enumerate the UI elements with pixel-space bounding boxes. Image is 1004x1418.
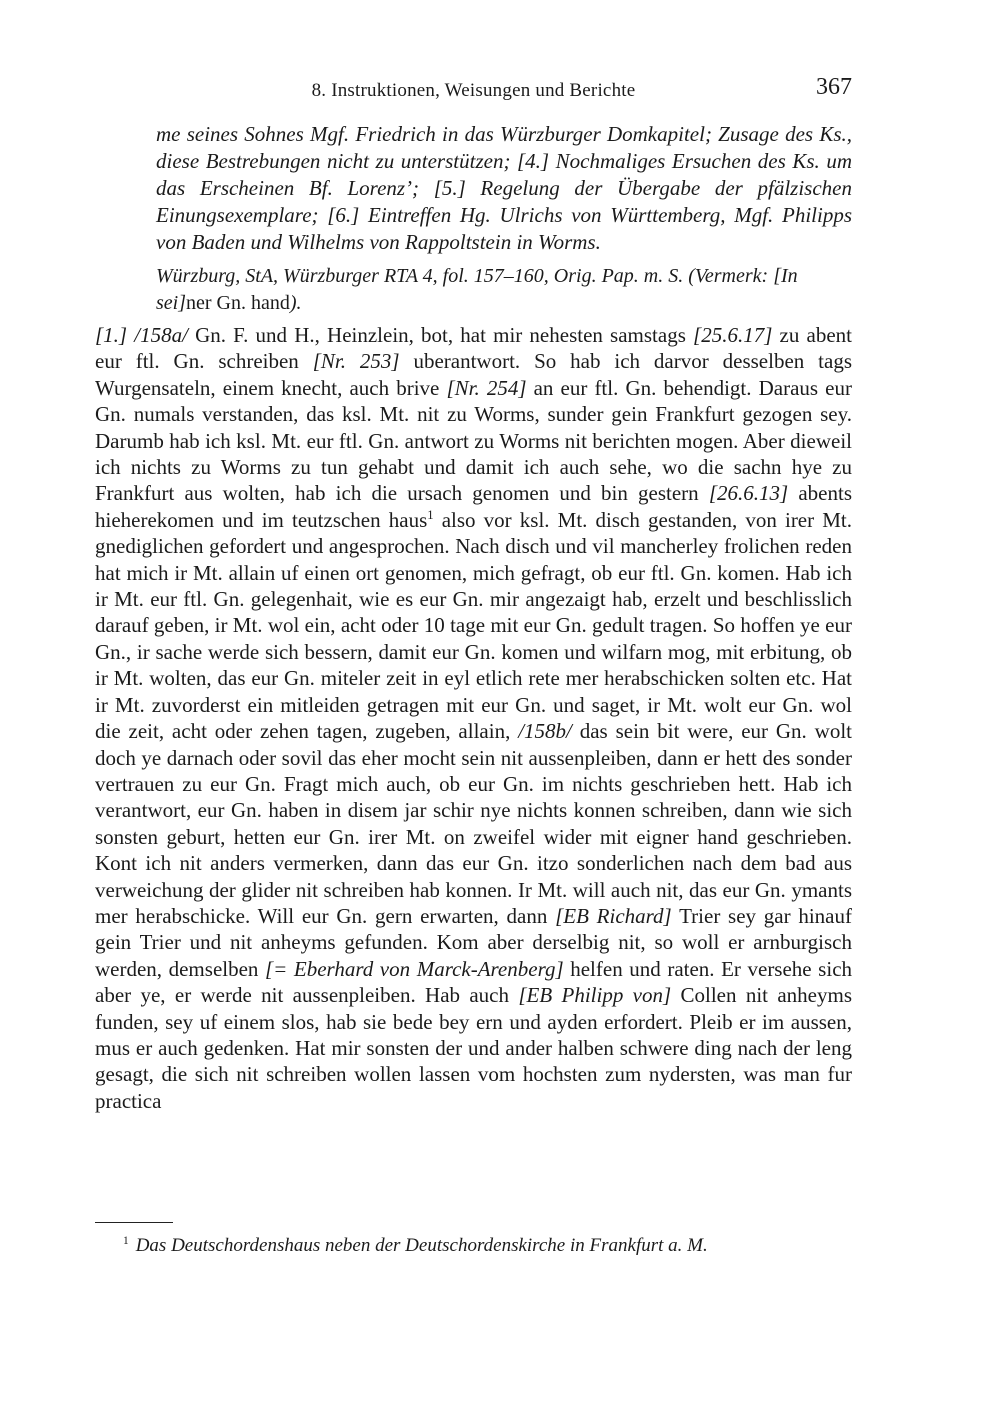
page-number: 367 <box>95 74 852 101</box>
footnote-rule <box>95 1222 173 1223</box>
footnote: 1Das Deutschordenshaus neben der Deutsch… <box>95 1233 852 1258</box>
source-citation: Würzburg, StA, Würzburger RTA 4, fol. 15… <box>156 263 852 317</box>
book-page: 8. Instruktionen, Weisungen und Berichte… <box>0 0 1004 1418</box>
footnote-text: Das Deutschordenshaus neben der Deutscho… <box>136 1235 708 1256</box>
footnote-marker: 1 <box>123 1235 129 1247</box>
summary-paragraph: me seines Sohnes Mgf. Friedrich in das W… <box>156 121 852 256</box>
body-paragraph: [1.] /158a/ Gn. F. und H., Heinzlein, bo… <box>95 322 852 1114</box>
